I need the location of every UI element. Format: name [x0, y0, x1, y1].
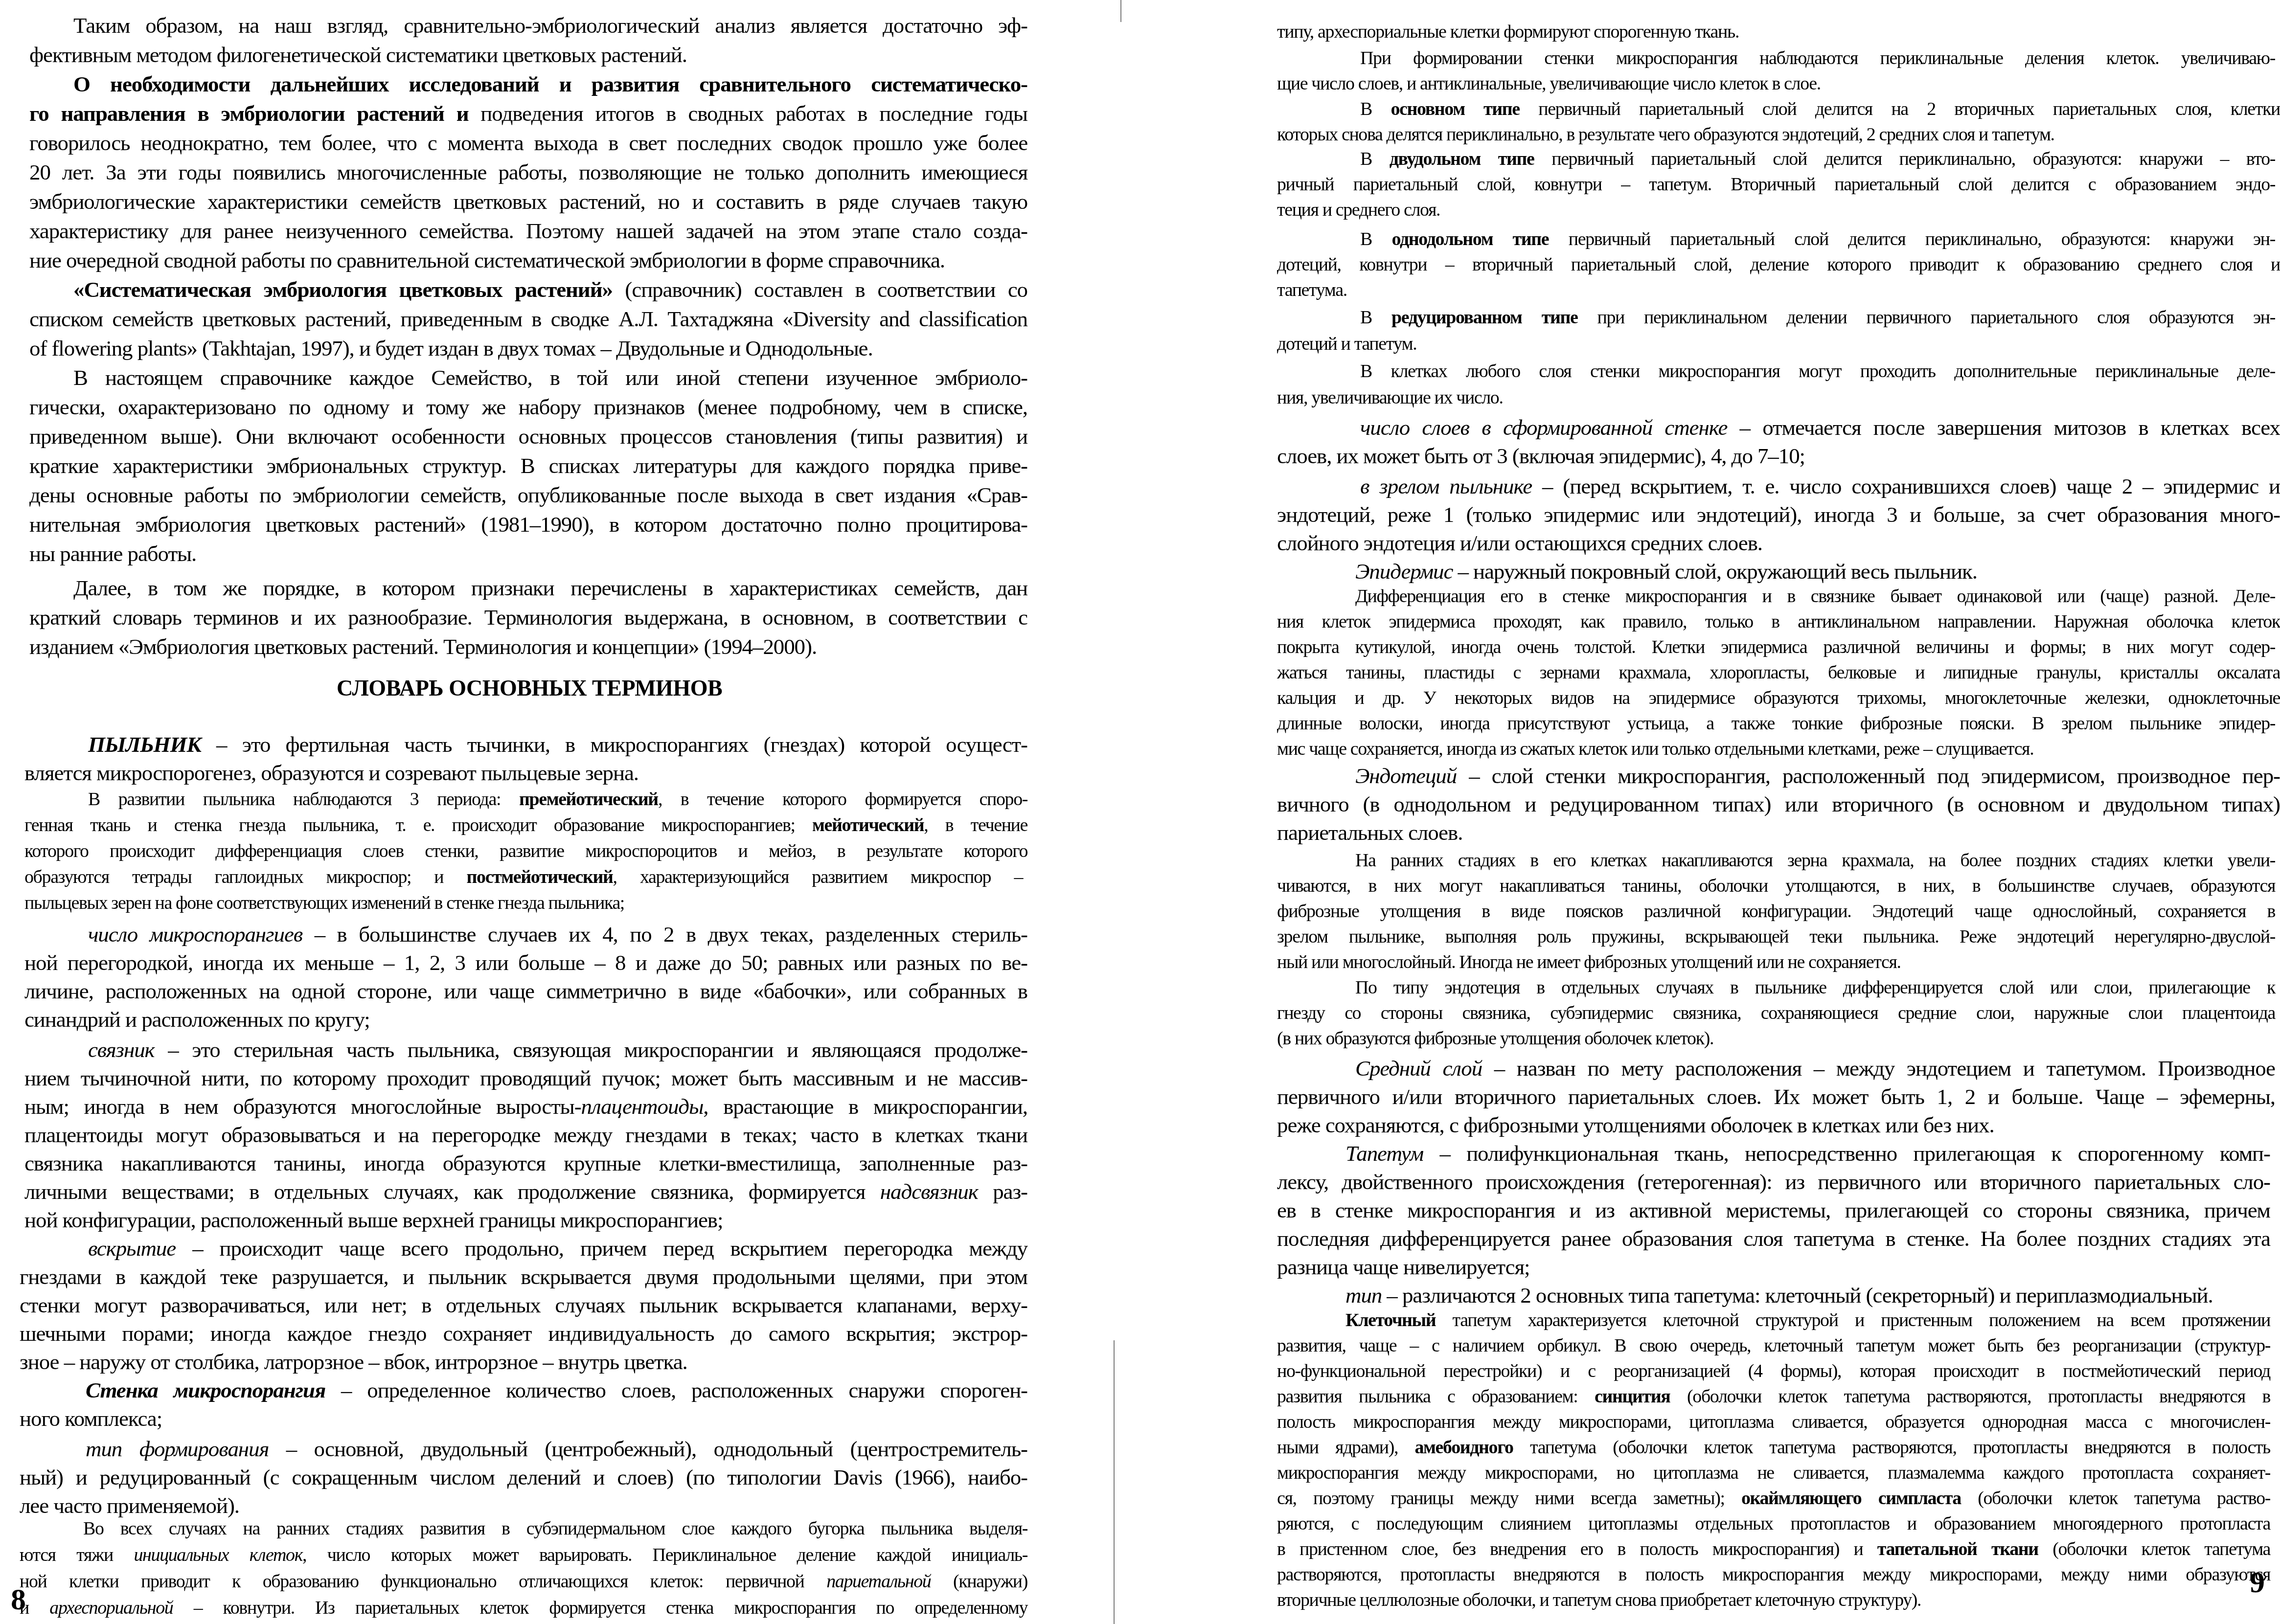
- text-run: изданием «Эмбриология цветковых растений…: [29, 634, 817, 659]
- book-gutter-line: [1120, 0, 1121, 22]
- text-run: В: [1360, 99, 1391, 119]
- text-line: ным; иногда в нем образуются многослойны…: [24, 1096, 1027, 1118]
- emphasized-term: О необходимости дальнейших исследований …: [73, 72, 1027, 96]
- text-run: дотеций и тапетум.: [1277, 334, 1416, 354]
- text-run: длинные волоски, иногда присутствуют уст…: [1277, 713, 2275, 734]
- text-run: покрыта кутикулой, иногда очень толстой.…: [1277, 637, 2275, 657]
- text-line: которых снова делятся периклинально, в р…: [1277, 125, 2226, 144]
- text-line: и археспориальной – ковнутри. Из париета…: [20, 1599, 1027, 1617]
- emphasized-term: число слоев в сформированной стенке: [1360, 415, 1727, 440]
- emphasized-term: археспориальной: [49, 1598, 173, 1618]
- text-run: (кнаружи): [931, 1571, 1027, 1592]
- text-line: щие число слоев, и антиклинальные, увели…: [1277, 74, 1942, 93]
- text-run: списком семейств цветковых растений, при…: [29, 307, 1027, 331]
- text-run: В: [1360, 229, 1391, 249]
- text-run: – слой стенки микроспорангия, расположен…: [1457, 764, 2280, 788]
- text-run: но-функциональной перестройки) и с реорг…: [1277, 1361, 2270, 1381]
- text-line: ный) и редуцированный (с сокращенным чис…: [20, 1466, 1027, 1489]
- text-run: фективным методом филогенетической систе…: [29, 43, 687, 67]
- text-run: типу, археспориальные клетки формируют с…: [1277, 22, 1739, 42]
- text-run: – определенное количество слоев, располо…: [325, 1378, 1027, 1402]
- emphasized-term: тапетальной ткани: [1877, 1539, 2038, 1559]
- text-run: первичного и/или вторичного париетальных…: [1277, 1084, 2275, 1109]
- text-line: гически, охарактеризовано по одному и то…: [29, 396, 1027, 418]
- text-run: при периклинальном делении первичного па…: [1577, 307, 2275, 328]
- text-run: связника накапливаются танины, иногда об…: [24, 1151, 1027, 1175]
- text-line: ного комплекса;: [20, 1408, 176, 1430]
- emphasized-term: основном типе: [1391, 99, 1519, 119]
- text-line: нительная эмбриология цветковых растений…: [29, 514, 1027, 536]
- text-line: ричный париетальный слой, ковнутри – тап…: [1277, 175, 2275, 194]
- text-line: лее часто применяемой).: [20, 1495, 254, 1517]
- text-run: париетальных слоев.: [1277, 820, 1462, 845]
- text-run: В: [1360, 307, 1391, 328]
- text-run: 20 лет. За эти годы появились многочисле…: [29, 160, 1027, 184]
- text-run: личине, расположенных на одной стороне, …: [24, 979, 1027, 1003]
- text-line: покрыта кутикулой, иногда очень толстой.…: [1277, 638, 2275, 656]
- text-run: – в большинстве случаев их 4, по 2 в дву…: [302, 922, 1027, 947]
- text-line: гнездами в каждой теке разрушается, и пы…: [20, 1266, 1027, 1288]
- text-run: разница чаще нивелируется;: [1277, 1255, 1529, 1279]
- text-line: 20 лет. За эти годы появились многочисле…: [29, 161, 1027, 183]
- text-run: ной клетки приводит к образованию функци…: [20, 1571, 826, 1592]
- text-line: Тапетум – полифункциональная ткань, непо…: [1345, 1143, 2270, 1165]
- text-line: При формировании стенки микроспорангия н…: [1360, 49, 2275, 68]
- emphasized-term: связник: [88, 1038, 155, 1062]
- text-line: изданием «Эмбриология цветковых растений…: [29, 636, 861, 658]
- emphasized-term: Эндотеций: [1355, 764, 1457, 788]
- text-line: В клетках любого слоя стенки микроспоран…: [1360, 362, 2275, 381]
- emphasized-term: тип формирования: [86, 1437, 269, 1461]
- emphasized-term: редуцированном типе: [1391, 307, 1577, 328]
- text-run: эмбриологические характеристики семейств…: [29, 189, 1027, 214]
- text-run: лексу, двойственного происхождения (гете…: [1277, 1170, 2270, 1194]
- text-line: вскрытие – происходит чаще всего продоль…: [88, 1238, 1027, 1260]
- text-line: генная ткань и стенка гнезда пыльника, т…: [24, 816, 1027, 835]
- text-run: первичный париетальный слой делится пери…: [1534, 149, 2275, 169]
- text-line: микроспорангия между микроспорами, но ци…: [1277, 1464, 2270, 1482]
- text-run: личными веществами; в отдельных случаях,…: [24, 1179, 880, 1204]
- text-run: ны ранние работы.: [29, 541, 196, 566]
- text-line: Эпидермис – наружный покровный слой, окр…: [1355, 561, 2011, 583]
- text-line: Средний слой – назван по мету расположен…: [1355, 1058, 2275, 1080]
- text-run: слойного эндотеция и/или остающихся сред…: [1277, 531, 1762, 555]
- text-line: ПЫЛЬНИК – это фертильная часть тычинки, …: [88, 734, 1027, 756]
- text-line: приведенном выше). Они включают особенно…: [29, 426, 1027, 448]
- emphasized-term: постмейотический: [467, 867, 613, 887]
- emphasized-term: инициальных клеток: [134, 1545, 302, 1565]
- text-run: , в течение которого формируется споро-: [658, 789, 1027, 810]
- text-run: нительная эмбриология цветковых растений…: [29, 512, 1027, 537]
- text-run: мис чаще сохраняется, иногда из сжатых к…: [1277, 739, 2033, 759]
- text-run: гически, охарактеризовано по одному и то…: [29, 395, 1027, 419]
- text-line: разница чаще нивелируется;: [1277, 1256, 1551, 1278]
- text-run: характеристику для ранее неизученного се…: [29, 219, 1027, 243]
- text-line: зрелом пыльнике, выполняя роль пружины, …: [1277, 927, 2275, 946]
- text-run: которых снова делятся периклинально, в р…: [1277, 124, 2054, 145]
- text-line: в пристенном слое, без внедрения его в п…: [1277, 1540, 2270, 1558]
- text-line: в зрелом пыльнике – (перед вскрытием, т.…: [1360, 475, 2280, 497]
- emphasized-term: синцития: [1595, 1386, 1670, 1407]
- text-run: (оболочки клеток тапетума растворяются, …: [1670, 1386, 2270, 1407]
- text-line: связника накапливаются танины, иногда об…: [24, 1152, 1027, 1174]
- text-line: слоев, их может быть от 3 (включая эпиде…: [1277, 445, 1854, 467]
- text-run: of flowering plants» (Takhtajan, 1997), …: [29, 336, 873, 361]
- text-line: жаться танины, пластиды с зернами крахма…: [1277, 663, 2280, 682]
- text-run: , число которых может варьировать. Перик…: [302, 1545, 1027, 1565]
- text-run: фиброзные утолщения в виде поясков разли…: [1277, 901, 2275, 922]
- text-run: ный) и редуцированный (с сокращенным чис…: [20, 1465, 1027, 1489]
- text-run: (справочник) составлен в соответствии со: [613, 277, 1027, 302]
- text-line: характеристику для ранее неизученного се…: [29, 220, 1027, 242]
- text-run: последняя дифференцируется ранее образов…: [1277, 1226, 2270, 1251]
- text-run: – наружный покровный слой, окружающий ве…: [1453, 559, 1977, 584]
- text-run: (оболочки клеток тапетума раство-: [1961, 1488, 2270, 1509]
- emphasized-term: тип: [1345, 1283, 1382, 1308]
- text-line: связник – это стерильная часть пыльника,…: [88, 1039, 1027, 1061]
- text-line: лексу, двойственного происхождения (гете…: [1277, 1171, 2270, 1193]
- text-run: ние очередной сводной работы по сравните…: [29, 248, 945, 272]
- text-line: Стенка микроспорангия – определенное кол…: [86, 1379, 1027, 1401]
- text-line: мис чаще сохраняется, иногда из сжатых к…: [1277, 740, 2192, 758]
- text-line: дены основные работы по эмбриологии семе…: [29, 484, 1027, 506]
- text-line: ются тяжи инициальных клеток, число кото…: [20, 1546, 1027, 1564]
- text-line: В основном типе первичный париетальный с…: [1360, 100, 2280, 118]
- text-line: ный или многослойный. Иногда не имеет фи…: [1277, 953, 2030, 971]
- text-line: развития, чаще – с наличием орбикул. В с…: [1277, 1336, 2270, 1355]
- emphasized-term: окаймляющего симпласта: [1741, 1488, 1961, 1509]
- text-run: в пристенном слое, без внедрения его в п…: [1277, 1539, 1877, 1559]
- page-number-left: 8: [11, 1582, 26, 1617]
- text-run: теция и среднего слоя.: [1277, 200, 1440, 220]
- text-run: , характеризующийся развитием микроспор …: [613, 867, 1023, 887]
- text-line: типу, археспориальные клетки формируют с…: [1277, 23, 1820, 41]
- text-run: вляется микроспорогенез, образуются и со…: [24, 761, 638, 785]
- page-left: Таким образом, на наш взгляд, сравнитель…: [0, 0, 1027, 1624]
- text-run: реже сохраняются, с фиброзными утолщения…: [1277, 1113, 1994, 1137]
- text-run: раз-: [978, 1179, 1027, 1204]
- text-run: кальция и др. У некоторых видов на эпиде…: [1277, 688, 2280, 708]
- emphasized-term: вскрытие: [88, 1236, 176, 1261]
- text-run: краткие характеристики эмбриональных стр…: [29, 453, 1027, 478]
- text-run: ный или многослойный. Иногда не имеет фи…: [1277, 952, 1901, 972]
- text-run: Во всех случаях на ранних стадиях развит…: [83, 1518, 1027, 1539]
- text-run: подведения итогов в сводных работах в по…: [469, 101, 1027, 126]
- text-run: – отмечается после завершения митозов в …: [1727, 415, 2280, 440]
- text-line: стенки могут разворачиваться, или нет; в…: [20, 1294, 1027, 1316]
- text-line: По типу эндотеция в отдельных случаях в …: [1355, 978, 2275, 997]
- text-run: развития пыльника с образованием:: [1277, 1386, 1595, 1407]
- text-run: зрелом пыльнике, выполняя роль пружины, …: [1277, 926, 2275, 947]
- text-run: тапетума.: [1277, 280, 1347, 300]
- text-line: полость микроспорангия между микроспорам…: [1277, 1413, 2270, 1431]
- text-run: , врастающие в микроспорангии,: [703, 1094, 1027, 1119]
- text-run: эндотеций, реже 1 (только эпидермис или …: [1277, 502, 2280, 527]
- text-run: гнезду со стороны связника, субэпидермис…: [1277, 1003, 2275, 1023]
- text-run: которого происходит дифференциация слоев…: [24, 841, 1027, 861]
- text-run: жаться танины, пластиды с зернами крахма…: [1277, 662, 2280, 683]
- text-run: чиваются, в них могут накапливаться тани…: [1277, 876, 2275, 896]
- text-run: – полифункциональная ткань, непосредстве…: [1423, 1141, 2270, 1166]
- emphasized-term: премейотический: [519, 789, 658, 810]
- text-run: По типу эндотеция в отдельных случаях в …: [1355, 977, 2275, 998]
- text-line: ние очередной сводной работы по сравните…: [29, 249, 964, 271]
- text-run: краткий словарь терминов и их разнообраз…: [29, 605, 1027, 630]
- text-line: число микроспорангиев – в большинстве сл…: [88, 924, 1027, 946]
- text-line: тапетума.: [1277, 281, 1365, 299]
- text-run: гнездами в каждой теке разрушается, и пы…: [20, 1264, 1027, 1289]
- text-line: синандрий и расположенных по кругу;: [24, 1009, 406, 1031]
- text-run: дены основные работы по эмбриологии семе…: [29, 483, 1027, 507]
- text-line: ной клетки приводит к образованию функци…: [20, 1572, 1027, 1591]
- text-run: – происходит чаще всего продольно, приче…: [176, 1236, 1027, 1261]
- text-run: слоев, их может быть от 3 (включая эпиде…: [1277, 444, 1805, 468]
- text-line: длинные волоски, иногда присутствуют уст…: [1277, 714, 2275, 733]
- text-run: щие число слоев, и антиклинальные, увели…: [1277, 73, 1821, 94]
- text-line: На ранних стадиях в его клетках накаплив…: [1355, 851, 2275, 870]
- emphasized-term: го направления в эмбриологии растений и: [29, 101, 469, 126]
- text-line: развития пыльника с образованием: синцит…: [1277, 1387, 2270, 1406]
- emphasized-term: «Систематическая эмбриология цветковых р…: [73, 277, 613, 302]
- text-run: приведенном выше). Они включают особенно…: [29, 424, 1027, 449]
- text-run: , в течение: [924, 815, 1027, 835]
- text-run: В: [1360, 149, 1390, 169]
- text-run: ной конфигурации, расположенный выше вер…: [24, 1208, 723, 1232]
- text-run: растворяются, протопласты внедряются в п…: [1277, 1564, 2270, 1585]
- text-line: которого происходит дифференциация слоев…: [24, 842, 1027, 860]
- text-run: – различаются 2 основных типа тапетума: …: [1382, 1283, 2213, 1308]
- text-run: – основной, двудольный (центробежный), о…: [269, 1437, 1027, 1461]
- emphasized-term: двудольном типе: [1390, 149, 1534, 169]
- text-run: (оболочки клеток тапетума: [2038, 1539, 2270, 1559]
- text-line: образуются тетрады гаплоидных микроспор;…: [24, 868, 1023, 886]
- text-run: Дифференциация его в стенке микроспоранг…: [1355, 586, 2275, 607]
- text-run: дотеций, ковнутри – вторичный париетальн…: [1277, 254, 2280, 275]
- text-run: нием тычиночной нити, по которому проход…: [24, 1066, 1027, 1090]
- text-run: Таким образом, на наш взгляд, сравнитель…: [73, 13, 1027, 38]
- text-line: первичного и/или вторичного париетальных…: [1277, 1086, 2275, 1108]
- text-run: – назван по мету расположения – между эн…: [1482, 1056, 2275, 1081]
- text-line: фиброзные утолщения в виде поясков разли…: [1277, 902, 2275, 921]
- text-line: тип – различаются 2 основных типа тапету…: [1345, 1285, 2251, 1307]
- text-run: зное – наружу от столбика, латрорзное – …: [20, 1350, 687, 1374]
- text-line: В настоящем справочнике каждое Семейство…: [73, 367, 1027, 389]
- text-run: В развитии пыльника наблюдаются 3 период…: [88, 789, 519, 810]
- emphasized-term: Тапетум: [1345, 1141, 1423, 1166]
- text-run: развития, чаще – с наличием орбикул. В с…: [1277, 1335, 2270, 1356]
- text-run: ются тяжи: [20, 1545, 134, 1565]
- emphasized-term: амебоидного: [1415, 1437, 1513, 1458]
- text-line: кальция и др. У некоторых видов на эпиде…: [1277, 689, 2280, 707]
- text-run: На ранних стадиях в его клетках накаплив…: [1355, 850, 2275, 871]
- text-run: ряются, с последующим слиянием цитоплазм…: [1277, 1513, 2270, 1534]
- text-line: личными веществами; в отдельных случаях,…: [24, 1181, 1027, 1203]
- text-line: гнезду со стороны связника, субэпидермис…: [1277, 1004, 2275, 1022]
- text-line: «Систематическая эмбриология цветковых р…: [73, 279, 1027, 301]
- emphasized-term: Клеточный: [1345, 1310, 1436, 1331]
- text-line: Эндотеций – слой стенки микроспорангия, …: [1355, 765, 2280, 787]
- book-gutter-line: [1114, 1340, 1115, 1624]
- text-run: При формировании стенки микроспорангия н…: [1360, 48, 2275, 68]
- text-run: плацентоиды могут образовываться и на пе…: [24, 1123, 1027, 1147]
- text-run: тапетум характеризуется клеточной структ…: [1436, 1310, 2270, 1331]
- emphasized-term: мейотический: [812, 815, 924, 835]
- text-run: – ковнутри. Из париетальных клеток форми…: [173, 1598, 1027, 1618]
- text-run: полость микроспорангия между микроспорам…: [1277, 1412, 2270, 1432]
- emphasized-term: париетальной: [826, 1571, 931, 1592]
- text-run: образуются тетрады гаплоидных микроспор;…: [24, 867, 467, 887]
- text-run: микроспорангия между микроспорами, но ци…: [1277, 1463, 2270, 1483]
- text-run: Далее, в том же порядке, в котором призн…: [73, 576, 1027, 600]
- text-run: ного комплекса;: [20, 1406, 162, 1431]
- text-line: плацентоиды могут образовываться и на пе…: [24, 1124, 1027, 1146]
- text-line: В однодольном типе первичный париетальны…: [1360, 230, 2275, 248]
- text-line: вторичные целлюлозные оболочки, и тапету…: [1277, 1591, 2011, 1609]
- text-run: – это стерильная часть пыльника, связующ…: [155, 1038, 1027, 1062]
- text-line: ны ранние работы.: [29, 543, 215, 565]
- emphasized-term: плацентоиды: [581, 1094, 704, 1119]
- text-line: дотеций, ковнутри – вторичный париетальн…: [1277, 255, 2280, 274]
- text-line: ся, поэтому границы между ними всегда за…: [1277, 1489, 2270, 1508]
- text-run: синандрий и расположенных по кругу;: [24, 1007, 370, 1032]
- text-run: В настоящем справочнике каждое Семейство…: [73, 365, 1027, 390]
- text-line: ния, увеличивающие их число.: [1277, 388, 1556, 407]
- text-line: говорилось неоднократно, тем более, что …: [29, 132, 1027, 154]
- emphasized-term: однодольном типе: [1391, 229, 1549, 249]
- text-run: стенки могут разворачиваться, или нет; в…: [20, 1293, 1027, 1317]
- text-line: шечными порами; иногда каждое гнездо сох…: [20, 1323, 1027, 1345]
- text-line: Дифференциация его в стенке микроспоранг…: [1355, 587, 2275, 606]
- text-line: ной конфигурации, расположенный выше вер…: [24, 1209, 768, 1231]
- text-run: шечными порами; иногда каждое гнездо сох…: [20, 1321, 1027, 1346]
- text-run: пыльцевых зерен на фоне соответствующих …: [24, 893, 624, 913]
- text-run: вторичные целлюлозные оболочки, и тапету…: [1277, 1590, 1921, 1610]
- text-line: теция и среднего слоя.: [1277, 201, 1487, 219]
- text-line: ной перегородкой, иногда их меньше – 1, …: [24, 952, 1027, 974]
- text-line: эмбриологические характеристики семейств…: [29, 191, 1027, 213]
- text-line: нием тычиночной нити, по которому проход…: [24, 1067, 1027, 1089]
- text-line: О необходимости дальнейших исследований …: [73, 73, 1027, 95]
- text-run: ния клеток эпидермиса проходят, как прав…: [1277, 611, 2280, 632]
- text-line: of flowering plants» (Takhtajan, 1997), …: [29, 338, 890, 360]
- text-line: дотеций и тапетум.: [1277, 335, 1448, 353]
- text-run: говорилось неоднократно, тем более, что …: [29, 131, 1027, 155]
- text-line: слойного эндотеция и/или остающихся сред…: [1277, 532, 1815, 554]
- page-number-right: 9: [2250, 1565, 2265, 1600]
- emphasized-term: число микроспорангиев: [88, 922, 302, 947]
- text-line: В редуцированном типе при периклинальном…: [1360, 308, 2275, 327]
- text-run: ев в стенке микроспорангия и из активной…: [1277, 1198, 2270, 1222]
- text-line: париетальных слоев.: [1277, 822, 1478, 844]
- emphasized-term: надсвязник: [880, 1179, 978, 1204]
- text-line: Таким образом, на наш взгляд, сравнитель…: [73, 15, 1027, 37]
- text-run: вичного (в однодольном и редуцированном …: [1277, 792, 2280, 816]
- emphasized-term: в зрелом пыльнике: [1360, 474, 1532, 498]
- text-run: – это фертильная часть тычинки, в микрос…: [201, 732, 1027, 757]
- text-line: краткие характеристики эмбриональных стр…: [29, 455, 1027, 477]
- text-line: последняя дифференцируется ранее образов…: [1277, 1228, 2270, 1250]
- text-line: зное – наружу от столбика, латрорзное – …: [20, 1351, 744, 1373]
- emphasized-term: Эпидермис: [1355, 559, 1453, 584]
- text-line: фективным методом филогенетической систе…: [29, 44, 734, 66]
- text-run: ной перегородкой, иногда их меньше – 1, …: [24, 950, 1027, 975]
- text-run: лее часто применяемой).: [20, 1493, 239, 1518]
- text-line: тип формирования – основной, двудольный …: [86, 1438, 1027, 1460]
- text-run: – (перед вскрытием, т. е. число сохранив…: [1532, 474, 2280, 498]
- text-line: ными ядрами), амебоидного тапетума (обол…: [1277, 1438, 2270, 1457]
- text-line: Во всех случаях на ранних стадиях развит…: [83, 1519, 1027, 1538]
- text-run: (в них образуются фиброзные утолщения об…: [1277, 1028, 1713, 1049]
- page-right: типу, археспориальные клетки формируют с…: [1272, 0, 2280, 1624]
- text-line: В развитии пыльника наблюдаются 3 период…: [88, 790, 1027, 809]
- text-run: В клетках любого слоя стенки микроспоран…: [1360, 361, 2275, 382]
- text-line: вичного (в однодольном и редуцированном …: [1277, 793, 2280, 815]
- text-line: растворяются, протопласты внедряются в п…: [1277, 1565, 2270, 1584]
- text-line: (в них образуются фиброзные утолщения об…: [1277, 1029, 1805, 1048]
- text-line: вляется микроспорогенез, образуются и со…: [24, 762, 680, 784]
- emphasized-term: Средний слой: [1355, 1056, 1482, 1081]
- text-line: чиваются, в них могут накапливаться тани…: [1277, 877, 2275, 895]
- emphasized-term: Стенка микроспорангия: [86, 1378, 325, 1402]
- text-line: но-функциональной перестройки) и с реорг…: [1277, 1362, 2270, 1380]
- text-run: первичный париетальный слой делится на 2…: [1520, 99, 2280, 119]
- text-run: генная ткань и стенка гнезда пыльника, т…: [24, 815, 812, 835]
- text-line: списком семейств цветковых растений, при…: [29, 308, 1027, 330]
- text-run: тапетума (оболочки клеток тапетума раств…: [1513, 1437, 2270, 1458]
- text-line: краткий словарь терминов и их разнообраз…: [29, 607, 1027, 629]
- text-run: ся, поэтому границы между ними всегда за…: [1277, 1488, 1741, 1509]
- text-line: го направления в эмбриологии растений и …: [29, 103, 1027, 125]
- text-run: первичный париетальный слой делится пери…: [1549, 229, 2275, 249]
- text-line: Клеточный тапетум характеризуется клеточ…: [1345, 1311, 2270, 1330]
- text-run: ными ядрами),: [1277, 1437, 1415, 1458]
- text-line: ния клеток эпидермиса проходят, как прав…: [1277, 612, 2280, 631]
- text-line: личине, расположенных на одной стороне, …: [24, 980, 1027, 1002]
- text-run: ным; иногда в нем образуются многослойны…: [24, 1094, 581, 1119]
- text-line: пыльцевых зерен на фоне соответствующих …: [24, 894, 729, 912]
- text-line: В двудольном типе первичный париетальный…: [1360, 150, 2275, 168]
- text-line: ев в стенке микроспорангия и из активной…: [1277, 1199, 2270, 1221]
- text-run: ричный париетальный слой, ковнутри – тап…: [1277, 174, 2275, 195]
- emphasized-term: ПЫЛЬНИК: [88, 732, 201, 757]
- text-line: эндотеций, реже 1 (только эпидермис или …: [1277, 504, 2280, 526]
- section-heading: СЛОВАРЬ ОСНОВНЫХ ТЕРМИНОВ: [337, 675, 722, 701]
- text-line: Далее, в том же порядке, в котором призн…: [73, 577, 1027, 599]
- text-line: ряются, с последующим слиянием цитоплазм…: [1277, 1514, 2270, 1533]
- text-line: реже сохраняются, с фиброзными утолщения…: [1277, 1114, 2055, 1136]
- text-line: число слоев в сформированной стенке – от…: [1360, 417, 2280, 439]
- text-run: ния, увеличивающие их число.: [1277, 387, 1503, 408]
